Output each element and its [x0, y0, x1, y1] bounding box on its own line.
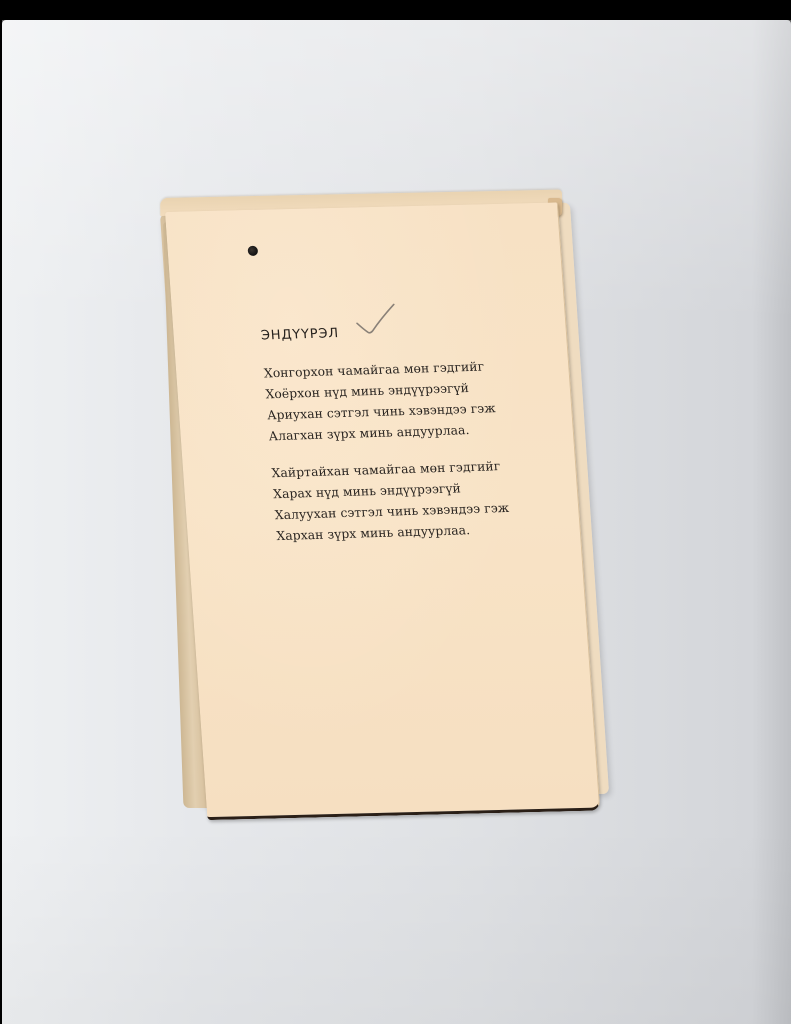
poem-title: ЭНДҮҮРЭЛ	[260, 321, 495, 343]
booklet-page: ЭНДҮҮРЭЛ Хонгорхон чамайгаа мөн гэдгийг …	[165, 202, 600, 820]
stanza-1: Хонгорхон чамайгаа мөн гэдгийг Хоёрхон н…	[263, 356, 504, 447]
poem: ЭНДҮҮРЭЛ Хонгорхон чамайгаа мөн гэдгийг …	[260, 321, 512, 563]
stanza-2: Хайртайхан чамайгаа мөн гэдгийг Харах нү…	[271, 456, 512, 547]
punch-hole-icon	[247, 246, 258, 256]
